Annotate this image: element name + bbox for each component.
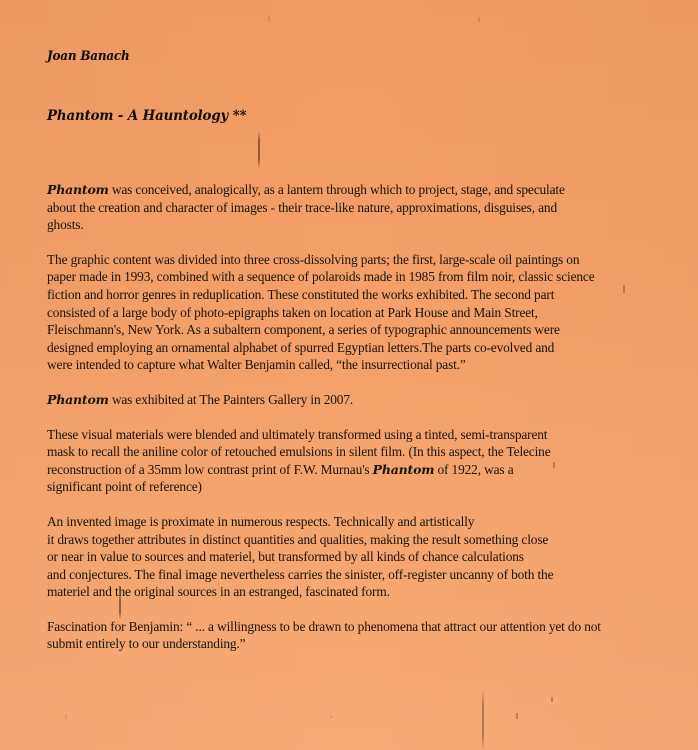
- text-line: were intended to capture what Walter Ben…: [47, 356, 687, 374]
- blackletter-title-word: Phantom: [373, 462, 435, 477]
- text-line: Phantom was conceived, analogically, as …: [47, 181, 687, 199]
- paragraph-conception: Phantom was conceived, analogically, as …: [47, 181, 687, 234]
- text-line: and conjectures. The final image neverth…: [47, 566, 687, 584]
- text-line: The graphic content was divided into thr…: [47, 251, 687, 269]
- text-line: An invented image is proximate in numero…: [47, 513, 687, 531]
- text-line: mask to recall the aniline color of reto…: [47, 443, 687, 461]
- paragraph-visual-materials: These visual materials were blended and …: [47, 426, 687, 496]
- line-text: was exhibited at The Painters Gallery in…: [109, 392, 353, 407]
- film-scratch-mark: [119, 593, 121, 619]
- line-text: of 1922, was a: [434, 462, 513, 477]
- text-line: fiction and horror genres in reduplicati…: [47, 286, 687, 304]
- film-scratch-mark: [258, 131, 260, 169]
- text-line: it draws together attributes in distinct…: [47, 531, 687, 549]
- text-line: Phantom was exhibited at The Painters Ga…: [47, 391, 687, 409]
- text-line: paper made in 1993, combined with a sequ…: [47, 268, 687, 286]
- text-line: These visual materials were blended and …: [47, 426, 687, 444]
- dust-speck: [516, 713, 518, 719]
- text-line: Fleischmann's, New York. As a subaltern …: [47, 321, 687, 339]
- paragraph-fascination-quote: Fascination for Benjamin: “ ... a willin…: [47, 618, 687, 653]
- dust-speck: [268, 16, 270, 22]
- document-page: Joan Banach Phantom - A Hauntology ** Ph…: [0, 0, 698, 750]
- dust-speck: [553, 462, 555, 468]
- document-title: Phantom - A Hauntology **: [47, 108, 246, 124]
- dust-speck: [65, 714, 67, 721]
- document-body: Phantom was conceived, analogically, as …: [47, 181, 687, 670]
- text-line: Fascination for Benjamin: “ ... a willin…: [47, 618, 687, 636]
- line-text: reconstruction of a 35mm low contrast pr…: [47, 462, 373, 477]
- dust-speck: [623, 285, 625, 293]
- paragraph-graphic-content: The graphic content was divided into thr…: [47, 251, 687, 374]
- text-line: designed employing an ornamental alphabe…: [47, 339, 687, 357]
- text-line: about the creation and character of imag…: [47, 199, 687, 217]
- author-name: Joan Banach: [47, 49, 130, 64]
- blackletter-title-word: Phantom: [47, 392, 109, 407]
- dust-speck: [551, 697, 553, 702]
- text-line: or near in value to sources and materiel…: [47, 548, 687, 566]
- line-text: was conceived, analogically, as a lanter…: [109, 182, 565, 197]
- paragraph-exhibition: Phantom was exhibited at The Painters Ga…: [47, 391, 687, 409]
- text-line: significant point of reference): [47, 478, 687, 496]
- text-line: consisted of a large body of photo-epigr…: [47, 304, 687, 322]
- dust-speck: [478, 17, 480, 22]
- blackletter-title-word: Phantom: [47, 182, 109, 197]
- text-line: submit entirely to our understanding.”: [47, 635, 687, 653]
- paragraph-invented-image: An invented image is proximate in numero…: [47, 513, 687, 601]
- text-line: reconstruction of a 35mm low contrast pr…: [47, 461, 687, 479]
- text-line: materiel and the original sources in an …: [47, 583, 687, 601]
- dust-speck: [330, 716, 332, 718]
- film-scratch-mark: [482, 690, 484, 750]
- text-line: ghosts.: [47, 216, 687, 234]
